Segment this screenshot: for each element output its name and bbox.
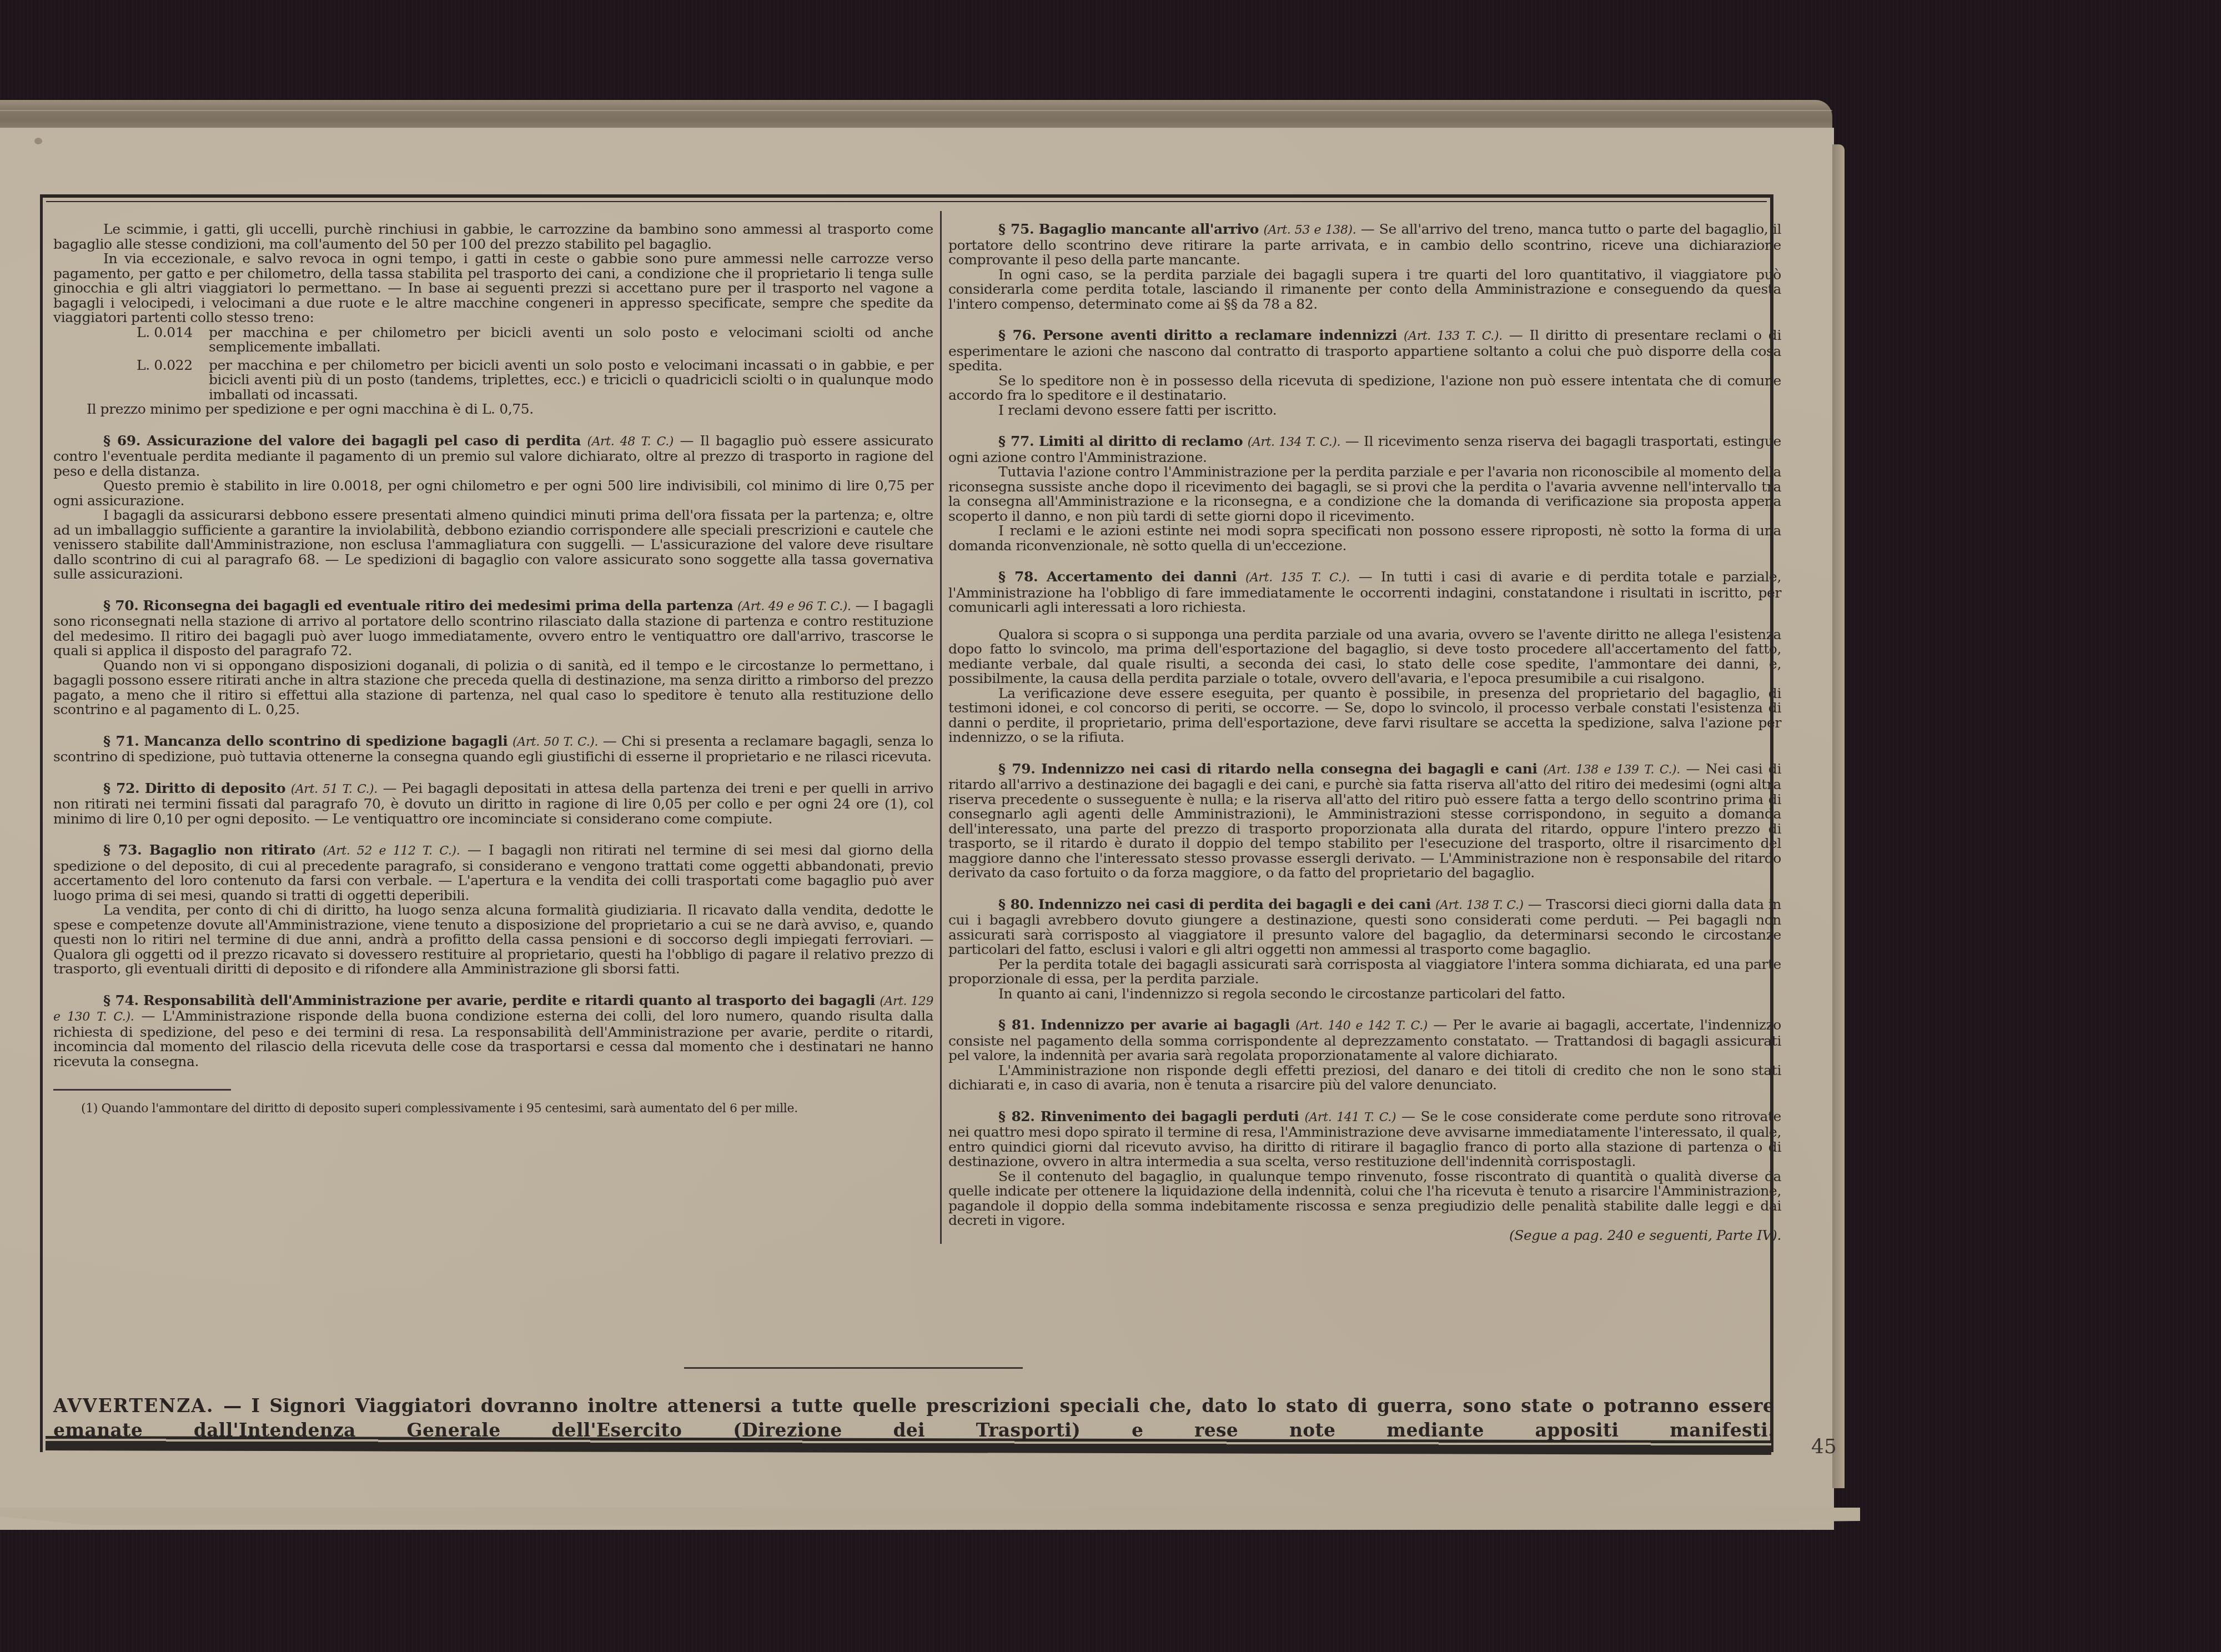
section-title: Bagaglio mancante all'arrivo	[1039, 221, 1259, 237]
page-right-edge	[1832, 144, 1845, 1488]
section-paragraph: Se il contenuto del bagaglio, in qualunq…	[948, 1169, 1781, 1228]
section-72: § 72. Diritto di deposito (Art. 51 T. C.…	[53, 781, 933, 827]
continuation-note: (Segue a pag. 240 e seguenti, Parte IV).	[948, 1228, 1781, 1243]
footnote-rule	[53, 1089, 231, 1091]
section-title: Rinvenimento dei bagagli perduti	[1041, 1108, 1299, 1124]
section-number: § 71.	[103, 733, 139, 749]
section-paragraph: La verificazione deve essere eseguita, p…	[948, 686, 1781, 745]
section-paragraph: I bagagli da assicurarsi debbono essere …	[53, 508, 933, 582]
article-reference: (Art. 133 T. C.).	[1404, 329, 1503, 343]
section-71: § 71. Mancanza dello scontrino di spediz…	[53, 734, 933, 765]
section-paragraph: Qualora si scopra o si supponga una perd…	[948, 627, 1781, 686]
section-title: Limiti al diritto di reclamo	[1039, 433, 1243, 449]
section-paragraph: Questo premio è stabilito in lire 0.0018…	[53, 479, 933, 508]
article-reference: (Art. 48 T. C.)	[587, 435, 674, 449]
section-number: § 82.	[998, 1108, 1035, 1124]
section-title: Accertamento dei danni	[1047, 569, 1237, 585]
section-76: § 76. Persone aventi diritto a reclamare…	[948, 328, 1781, 418]
price-row: L. 0.014 per macchina e per chilometro p…	[53, 325, 933, 355]
section-title: Responsabilità dell'Amministrazione per …	[143, 992, 875, 1008]
section-title: Riconsegna dei bagagli ed eventuale riti…	[143, 597, 733, 614]
section-73: § 73. Bagaglio non ritirato (Art. 52 e 1…	[53, 843, 933, 977]
section-title: Indennizzo nei casi di perdita dei bagag…	[1038, 896, 1431, 912]
section-title: Assicurazione del valore dei bagagli pel…	[147, 433, 581, 449]
section-74: § 74. Responsabilità dell'Amministrazion…	[53, 993, 933, 1069]
article-reference: (Art. 52 e 112 T. C.).	[323, 844, 460, 858]
right-column: § 75. Bagaglio mancante all'arrivo (Art.…	[948, 222, 1781, 1243]
section-text: — Nei casi di ritardo all'arrivo a desti…	[948, 761, 1781, 881]
section-77: § 77. Limiti al diritto di reclamo (Art.…	[948, 434, 1781, 553]
section-number: § 78.	[998, 569, 1038, 585]
left-column: Le scimmie, i gatti, gli uccelli, purchè…	[53, 222, 933, 1116]
section-title: Indennizzo nei casi di ritardo nella con…	[1041, 761, 1537, 777]
price-row: L. 0.022 per macchina e per chilometro p…	[53, 358, 933, 403]
section-70: § 70. Riconsegna dei bagagli ed eventual…	[53, 599, 933, 717]
article-reference: (Art. 138 T. C.)	[1435, 898, 1524, 912]
notice-lead: AVVERTENZA.	[53, 1395, 214, 1417]
section-paragraph: Per la perdita totale dei bagagli assicu…	[948, 957, 1781, 987]
section-79: § 79. Indennizzo nei casi di ritardo nel…	[948, 762, 1781, 881]
section-title: Bagaglio non ritirato	[149, 842, 315, 858]
section-number: § 73.	[103, 842, 142, 858]
section-number: § 75.	[998, 221, 1034, 237]
section-paragraph: Quando non vi si oppongano disposizioni …	[53, 659, 933, 717]
section-number: § 81.	[998, 1017, 1035, 1033]
section-78: § 78. Accertamento dei danni (Art. 135 T…	[948, 570, 1781, 745]
section-paragraph: I reclami devono essere fatti per iscrit…	[948, 403, 1781, 418]
section-paragraph: I reclami e le azioni estinte nei modi s…	[948, 524, 1781, 553]
section-paragraph: In ogni caso, se la perdita parziale dei…	[948, 268, 1781, 312]
article-reference: (Art. 53 e 138).	[1263, 223, 1356, 237]
section-81: § 81. Indennizzo per avarie ai bagagli (…	[948, 1018, 1781, 1093]
article-reference: (Art. 138 e 139 T. C.).	[1543, 763, 1680, 777]
section-number: § 77.	[998, 433, 1034, 449]
section-paragraph: In quanto ai cani, l'indennizzo si regol…	[948, 987, 1781, 1002]
section-number: § 76.	[998, 327, 1036, 343]
price-amount: L. 0.022	[53, 358, 209, 403]
section-69: § 69. Assicurazione del valore dei bagag…	[53, 434, 933, 582]
paper-spot	[34, 138, 42, 144]
section-number: § 70.	[103, 597, 139, 614]
price-description: per macchina e per chilometro per bicicl…	[209, 325, 933, 355]
intro-paragraph: In via eccezionale, e salvo revoca in og…	[53, 252, 933, 325]
notice-text: — I Signori Viaggiatori dovranno inoltre…	[53, 1395, 1775, 1441]
section-paragraph: Se lo speditore non è in possesso della …	[948, 374, 1781, 403]
article-reference: (Art. 141 T. C.)	[1304, 1111, 1396, 1124]
section-number: § 69.	[103, 433, 140, 449]
minimum-price: Il prezzo minimo per spedizione e per og…	[53, 402, 933, 417]
separator-rule	[684, 1367, 1023, 1369]
section-75: § 75. Bagaglio mancante all'arrivo (Art.…	[948, 222, 1781, 312]
section-title: Mancanza dello scontrino di spedizione b…	[144, 733, 507, 749]
column-divider	[940, 211, 942, 1244]
article-reference: (Art. 49 e 96 T. C.).	[737, 600, 851, 614]
section-80: § 80. Indennizzo nei casi di perdita dei…	[948, 897, 1781, 1002]
article-reference: (Art. 51 T. C.).	[291, 782, 378, 796]
article-reference: (Art. 140 e 142 T. C.)	[1295, 1019, 1428, 1033]
section-number: § 74.	[103, 992, 139, 1008]
section-number: § 80.	[998, 896, 1034, 912]
section-title: Indennizzo per avarie ai bagagli	[1041, 1017, 1290, 1033]
page-number: 45	[1811, 1435, 1837, 1458]
section-paragraph: L'Amministrazione non risponde degli eff…	[948, 1063, 1781, 1093]
war-notice: AVVERTENZA. — I Signori Viaggiatori dovr…	[53, 1394, 1775, 1443]
article-reference: (Art. 50 T. C.).	[512, 735, 598, 749]
article-reference: (Art. 134 T. C.).	[1248, 435, 1340, 449]
section-number: § 79.	[998, 761, 1035, 777]
article-reference: (Art. 135 T. C.).	[1245, 571, 1350, 585]
section-paragraph: Tuttavia l'azione contro l'Amministrazio…	[948, 465, 1781, 524]
section-paragraph: La vendita, per conto di chi di diritto,…	[53, 903, 933, 977]
footnote: (1) Quando l'ammontare del diritto di de…	[53, 1102, 933, 1116]
intro-block: Le scimmie, i gatti, gli uccelli, purchè…	[53, 222, 933, 417]
section-text: — L'Amministrazione risponde della buona…	[53, 1008, 933, 1069]
section-number: § 72.	[103, 780, 139, 796]
section-82: § 82. Rinvenimento dei bagagli perduti (…	[948, 1109, 1781, 1243]
price-amount: L. 0.014	[53, 325, 209, 355]
price-description: per macchina e per chilometro per bicicl…	[209, 358, 933, 403]
section-title: Persone aventi diritto a reclamare inden…	[1043, 327, 1397, 343]
intro-paragraph: Le scimmie, i gatti, gli uccelli, purchè…	[53, 222, 933, 252]
section-title: Diritto di deposito	[145, 780, 286, 796]
